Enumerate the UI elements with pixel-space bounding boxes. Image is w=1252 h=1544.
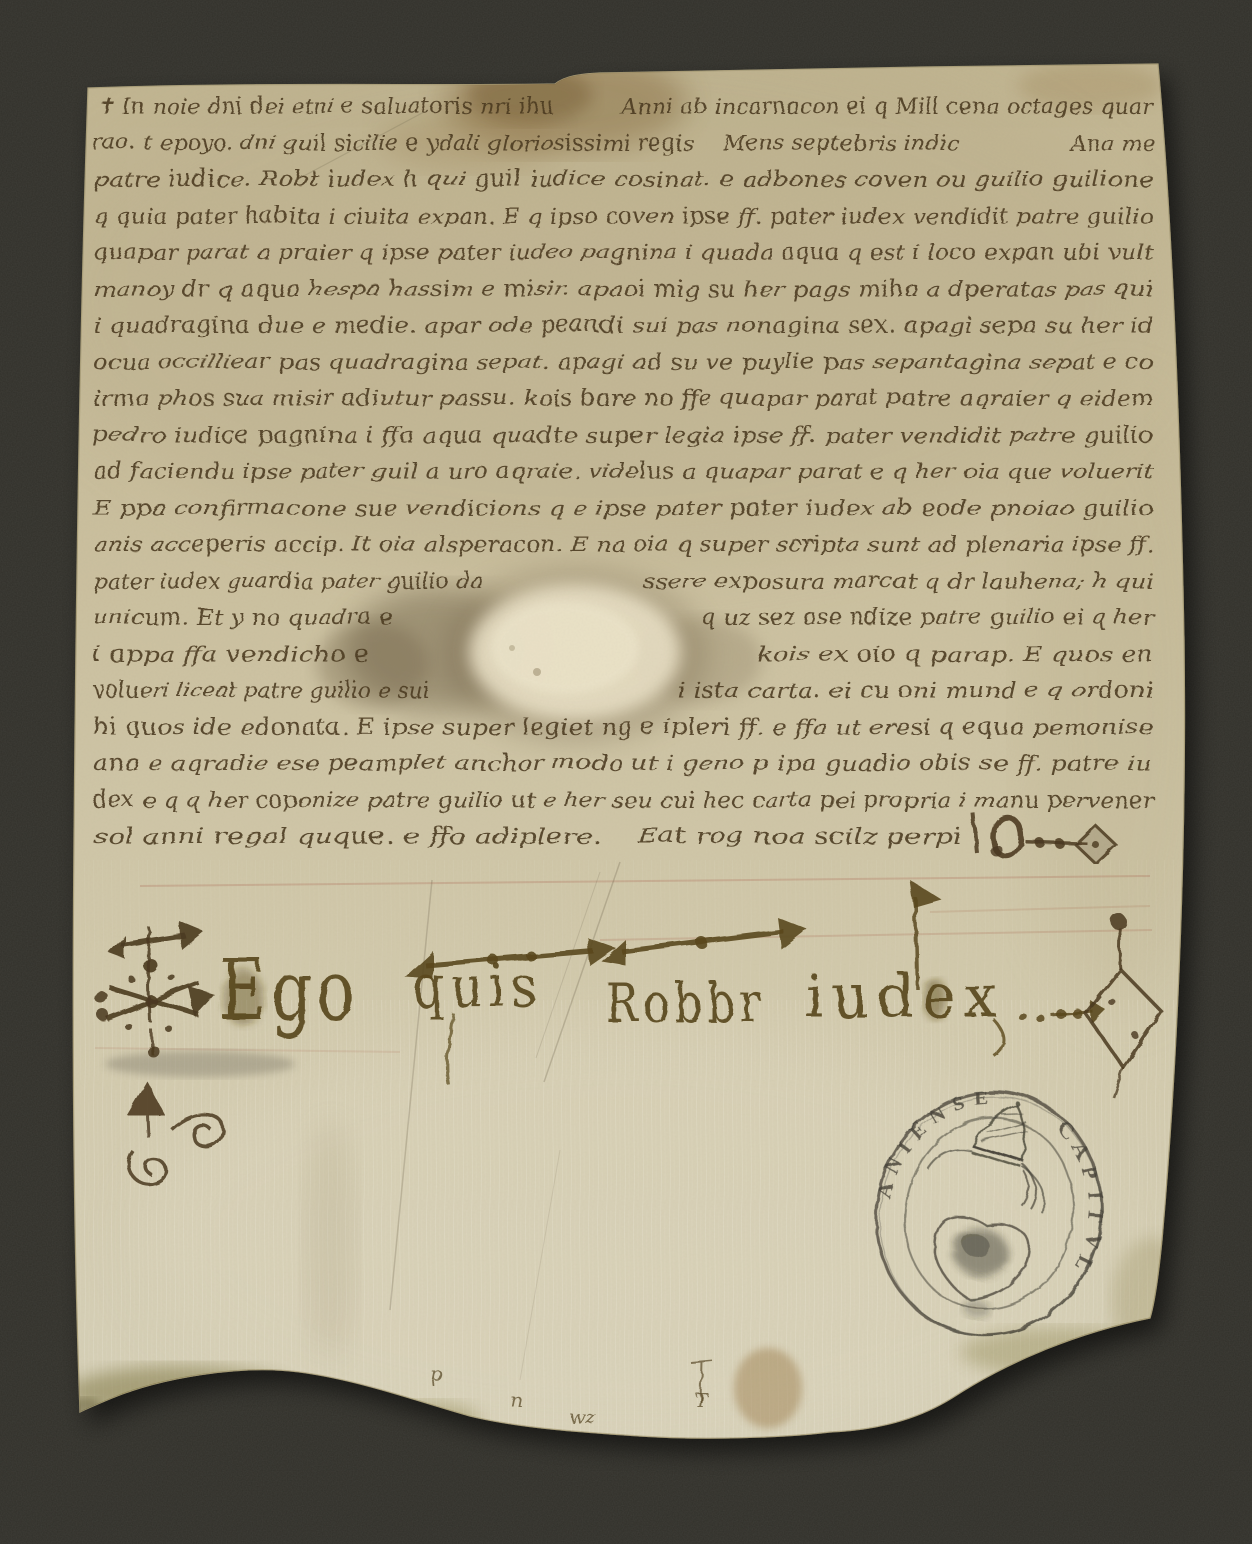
tab-mark: wz [568,1405,595,1427]
cross-bead [94,990,107,1003]
flourish-stem [146,1114,147,1136]
text-line: hi quos ide edonata. E ipse super legiet… [92,714,1152,739]
text-line: i quadragina due e medie. apar ode peand… [92,312,1152,337]
text-line-left-segment: i appa ffa vendicho e [92,641,368,666]
ink-blot-on-e [922,978,946,1018]
cross-bead [96,1008,108,1020]
end-mark-diamond-dot [1091,840,1098,847]
bar-bead [694,935,706,947]
text-line: dex e q q her coponize patre guilio ut e… [92,787,1154,812]
text-line: sol anni regal quque. e ffo adiplere. Ea… [92,823,960,848]
text-line: ocua occilliear pas quadragina sepat. ap… [92,349,1152,374]
arrow-bead [1055,1008,1065,1018]
end-mark-arrow-bead [1053,837,1063,847]
text-line: ana e aqradie ese peamplet anchor modo u… [92,750,1150,775]
end-mark-blob [990,844,1002,856]
charter-photo: ✝ In noie dni dei etni e saluatoris nri … [0,0,1252,1544]
text-line-left-segment: pater iudex guardia pater guilio da [92,568,482,593]
text-line: E ppa confirmacone sue vendicions q e ip… [91,495,1152,520]
lozenge-dot [1107,997,1114,1004]
bar-bead [487,954,498,965]
tab-mark: p [430,1363,442,1385]
text-line: pedro iudice pagnina i ffa aqua quadte s… [92,422,1152,447]
text-line: irma phos sua misir adiutur passu. kois … [92,385,1152,410]
tab-mark: n [510,1389,522,1411]
text-line-right-segment: i ista carta. ei cu oni mund e q ordoni [676,677,1152,702]
subscription-word-name: Robbr [604,970,764,1033]
cross-center-bead [144,994,156,1006]
dot [1036,1014,1044,1022]
subscription-word-iudex: iudex [804,961,1004,1031]
lozenge-top-bead [1109,912,1125,928]
text-line-left-segment: volueri liceat patre guilio e sui [92,677,428,702]
cross-dot [125,1023,132,1030]
text-line-right-segment: ssere exposura marcat q dr lauhena; h qu… [642,568,1152,593]
cross-tail-bead [146,1044,158,1056]
body-text: ✝ In noie dni dei etni e saluatoris nri … [91,93,1154,848]
lozenge-dot [1131,1031,1138,1038]
cross-dot [165,1025,172,1032]
text-line: anis acceperis accip. It oia alsperacon.… [92,531,1152,556]
cross-knot [142,957,156,971]
text-line: quapar parat a praier q ipse pater iudeo… [92,239,1152,264]
cross-dot [127,975,134,982]
text-line: q quia pater habita i ciuita expan. E q … [92,203,1152,228]
dot [1018,1012,1026,1020]
text-line: ✝ In noie dni dei etni e saluatoris nri … [95,93,1153,118]
text-line-right-segment: q uz sez ase ndize patre guilio ei q her [700,604,1154,629]
cross-dot [167,973,174,980]
arrow-bead [1071,1007,1081,1017]
text-line: ad faciendu ipse pater guil a uro aqraie… [92,458,1152,483]
ink-blot-on-E [222,968,262,1024]
bar-bead [525,950,535,960]
charter-photo-svg: ✝ In noie dni dei etni e saluatoris nri … [0,0,1252,1544]
end-mark-arrow-bead [1033,836,1043,846]
text-line: rao. t epoyo. dni guil sicilie e ydali g… [92,130,1154,155]
lozenge-stem [1118,926,1119,968]
text-line: patre iudice. Robt iudex h qui guil iudi… [92,166,1152,191]
text-line-right-segment: kois ex oio q parap. E quos en [756,641,1152,666]
stem [914,896,916,988]
text-line-left-segment: unicum. Et y no quadra e [92,604,392,629]
text-line: manoy dr q aqua hespa hassim e misir. ap… [92,276,1152,301]
